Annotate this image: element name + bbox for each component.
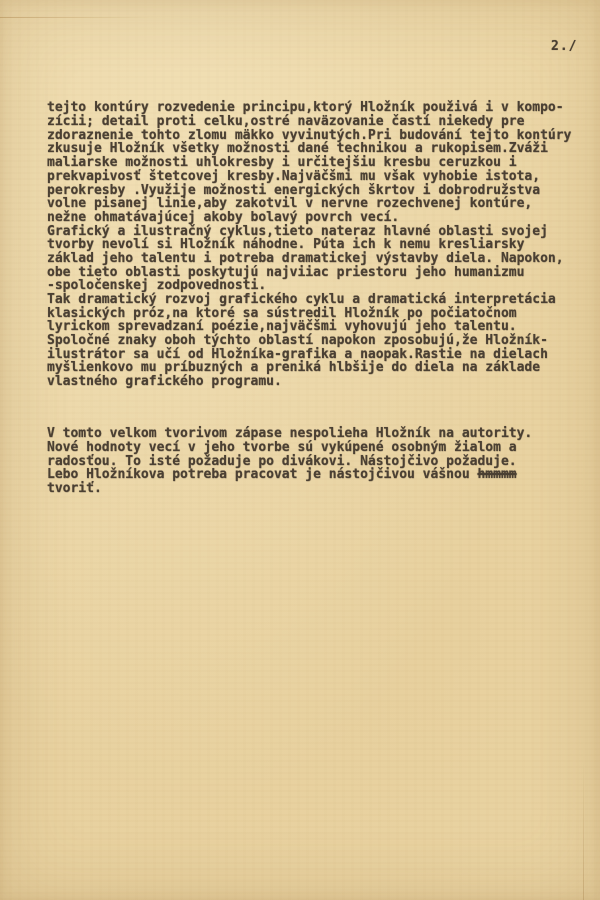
text-line: Nové hodnoty vecí v jeho tvorbe sú vykúp… [47, 441, 592, 455]
text-line: Spoločné znaky oboh týchto oblastí napok… [47, 334, 592, 348]
text-line: -spoločenskej zodpovednosti. [47, 279, 592, 293]
text-line: prekvapivosť štetcovej kresby.Najväčšmi … [47, 170, 592, 184]
text-line: V tomto velkom tvorivom zápase nespolieh… [47, 427, 592, 441]
text-line: Tak dramatický rozvoj grafického cyklu a… [47, 293, 592, 307]
page-number: 2./ [551, 39, 577, 54]
text-line: Lebo Hložníkova potreba pracovat je nást… [47, 468, 592, 482]
text-line: základ jeho talentu i potreba dramaticke… [47, 252, 592, 266]
struck-text: hmmmm [477, 467, 516, 482]
paper-crease [583, 760, 584, 900]
text-line: vlastného grafického programu. [47, 375, 592, 389]
text-line: maliarske možnosti uhlokresby i určitejš… [47, 156, 592, 170]
typed-text-block: tejto kontúry rozvedenie principu,ktorý … [47, 74, 592, 523]
text-line: nežne ohmatávajúcej akoby bolavý povrch … [47, 211, 592, 225]
text-line: zícii; detail proti celku,ostré naväzova… [47, 115, 592, 129]
text-line: tvoriť. [47, 482, 592, 496]
scan-artifact-line [0, 17, 150, 18]
paragraph: V tomto velkom tvorivom zápase nespolieh… [47, 427, 592, 495]
text-line: volne pisanej linie,aby zakotvil v nervn… [47, 197, 592, 211]
paragraph: tejto kontúry rozvedenie principu,ktorý … [47, 101, 592, 388]
text-line: lyrickom sprevadzaní poézie,najväčšmi vy… [47, 320, 592, 334]
text-line: tvorby nevolí si Hložník náhodne. Púta i… [47, 238, 592, 252]
